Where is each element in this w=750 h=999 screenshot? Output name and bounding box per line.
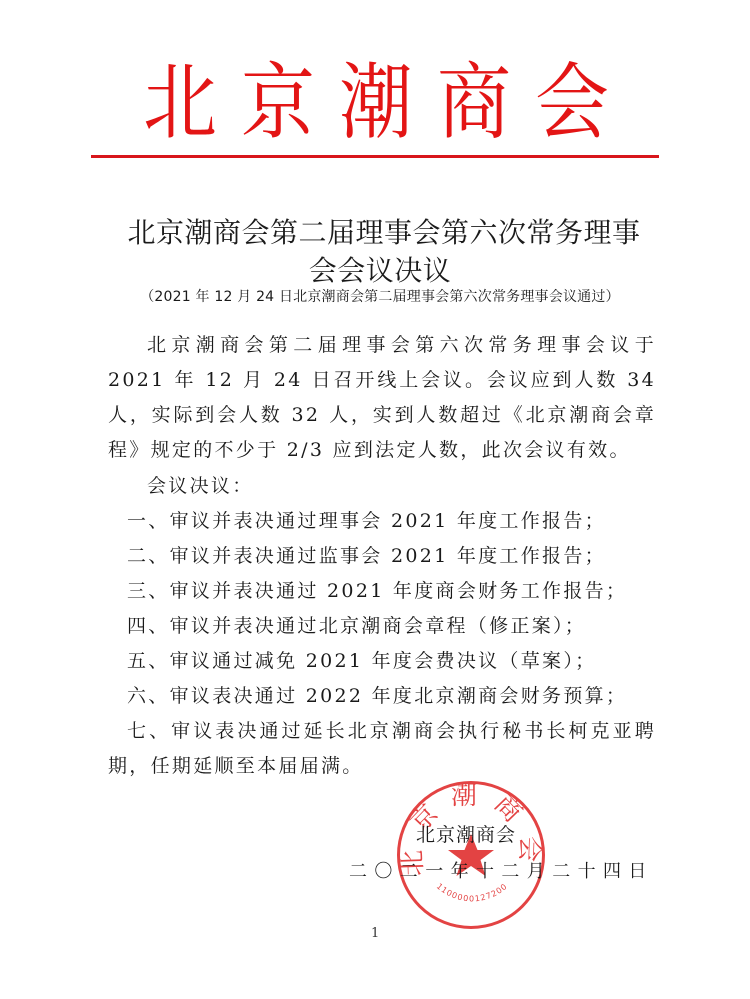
title-line-1: 北京潮商会第二届理事会第六次常务理事 xyxy=(100,214,660,252)
masthead-char: 商 xyxy=(437,62,511,145)
resolution-item: 四、审议并表决通过北京潮商会章程（修正案）； xyxy=(108,609,656,644)
official-seal: 北京潮商会 1100000127200 xyxy=(397,781,545,929)
masthead-char: 京 xyxy=(241,62,315,145)
signature-organization: 北京潮商会 xyxy=(416,822,516,848)
masthead-char: 潮 xyxy=(339,62,413,145)
title-line-2: 会会议决议 xyxy=(100,252,660,290)
seal-graphic: 北京潮商会 1100000127200 xyxy=(400,784,542,926)
signature-date: 二〇二一年十二月二十四日 xyxy=(349,859,654,885)
resolution-item: 一、审议并表决通过理事会 2021 年度工作报告； xyxy=(108,504,656,539)
page-number: 1 xyxy=(371,926,379,941)
resolution-item: 七、审议表决通过延长北京潮商会执行秘书长柯克亚聘期，任期延顺至本届届满。 xyxy=(108,714,656,784)
resolution-item: 二、审议并表决通过监事会 2021 年度工作报告； xyxy=(108,539,656,574)
resolution-item: 三、审议并表决通过 2021 年度商会财务工作报告； xyxy=(108,574,656,609)
resolution-item: 六、审议表决通过 2022 年度北京潮商会财务预算； xyxy=(108,679,656,714)
letterhead-divider xyxy=(91,155,659,158)
document-title: 北京潮商会第二届理事会第六次常务理事 会会议决议 xyxy=(100,214,660,290)
masthead-char: 会 xyxy=(535,62,609,145)
letterhead-masthead: 北 京 潮 商 会 xyxy=(91,58,659,148)
masthead-char: 北 xyxy=(143,62,217,145)
resolutions-heading: 会议决议： xyxy=(108,469,656,504)
document-subtitle: （2021 年 12 月 24 日北京潮商会第二届理事会第六次常务理事会议通过） xyxy=(100,287,660,307)
intro-paragraph: 北京潮商会第二届理事会第六次常务理事会议于 2021 年 12 月 24 日召开… xyxy=(108,328,656,468)
resolution-item: 五、审议通过减免 2021 年度会费决议（草案）； xyxy=(108,644,656,679)
document-body: 北京潮商会第二届理事会第六次常务理事会议于 2021 年 12 月 24 日召开… xyxy=(108,328,656,784)
document-page: 北 京 潮 商 会 北京潮商会第二届理事会第六次常务理事 会会议决议 （2021… xyxy=(0,0,750,999)
